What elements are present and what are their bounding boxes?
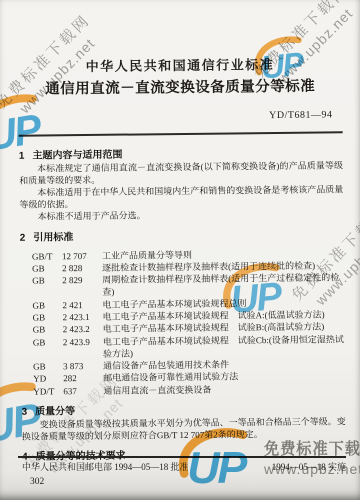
page-title: 通信用直流－直流变换设备质量分等标准 bbox=[18, 77, 342, 98]
reference-item: GB2 423.9电工电子产品基本环境试验规程 试验Cb:(设备用恒定湿热试验方… bbox=[33, 333, 345, 361]
footer-divider bbox=[18, 456, 346, 458]
document-body: 中华人民共和国通信行业标准 通信用直流－直流变换设备质量分等标准 YD/T681… bbox=[18, 56, 346, 463]
scanned-standard-page: 免费标准下载网 www.upbz.net 免费标准下载网 www.upbz.ne… bbox=[0, 0, 360, 500]
section-3-paragraph: 变换设备质量等级按其质量水平划分为优等品、一等品和合格品三个等级。变换设备质量等… bbox=[22, 415, 346, 442]
standard-code: YD/T681—94 bbox=[18, 109, 342, 124]
standard-class-title: 中华人民共和国通信行业标准 bbox=[18, 56, 342, 75]
approval-note: 中华人民共和国邮电部 1994—05—18 批准 bbox=[22, 462, 189, 473]
header-divider bbox=[19, 131, 343, 136]
section-1-paragraph: 本标准适用于在中华人民共和国境内生产和销售的变换设备是考核该产品质量等级的依据。 bbox=[19, 183, 343, 210]
section-2-heading: 2引用标准 bbox=[20, 228, 344, 244]
page-number: 302 bbox=[30, 477, 44, 487]
reference-item: YD/T637通信用直流－直流变换设备 bbox=[33, 382, 345, 398]
footer: 中华人民共和国邮电部 1994—05—18 批准 1994—05—18 实施 bbox=[22, 462, 346, 473]
implementation-note: 1994—05—18 实施 bbox=[272, 462, 346, 473]
reference-list: GB/T12 707工业产品质量分等导则 GB2 828逐批检查计数抽样程序及抽… bbox=[32, 247, 346, 398]
section-1-paragraph: 本标准规定了通信用直流－直流变换设备(以下简称变换设备)的产品质量等级和质量等级… bbox=[19, 159, 343, 186]
reference-item: GB2 829周期检查计数抽样程序及抽样表(适用于生产过程稳定性的检查) bbox=[32, 271, 344, 299]
